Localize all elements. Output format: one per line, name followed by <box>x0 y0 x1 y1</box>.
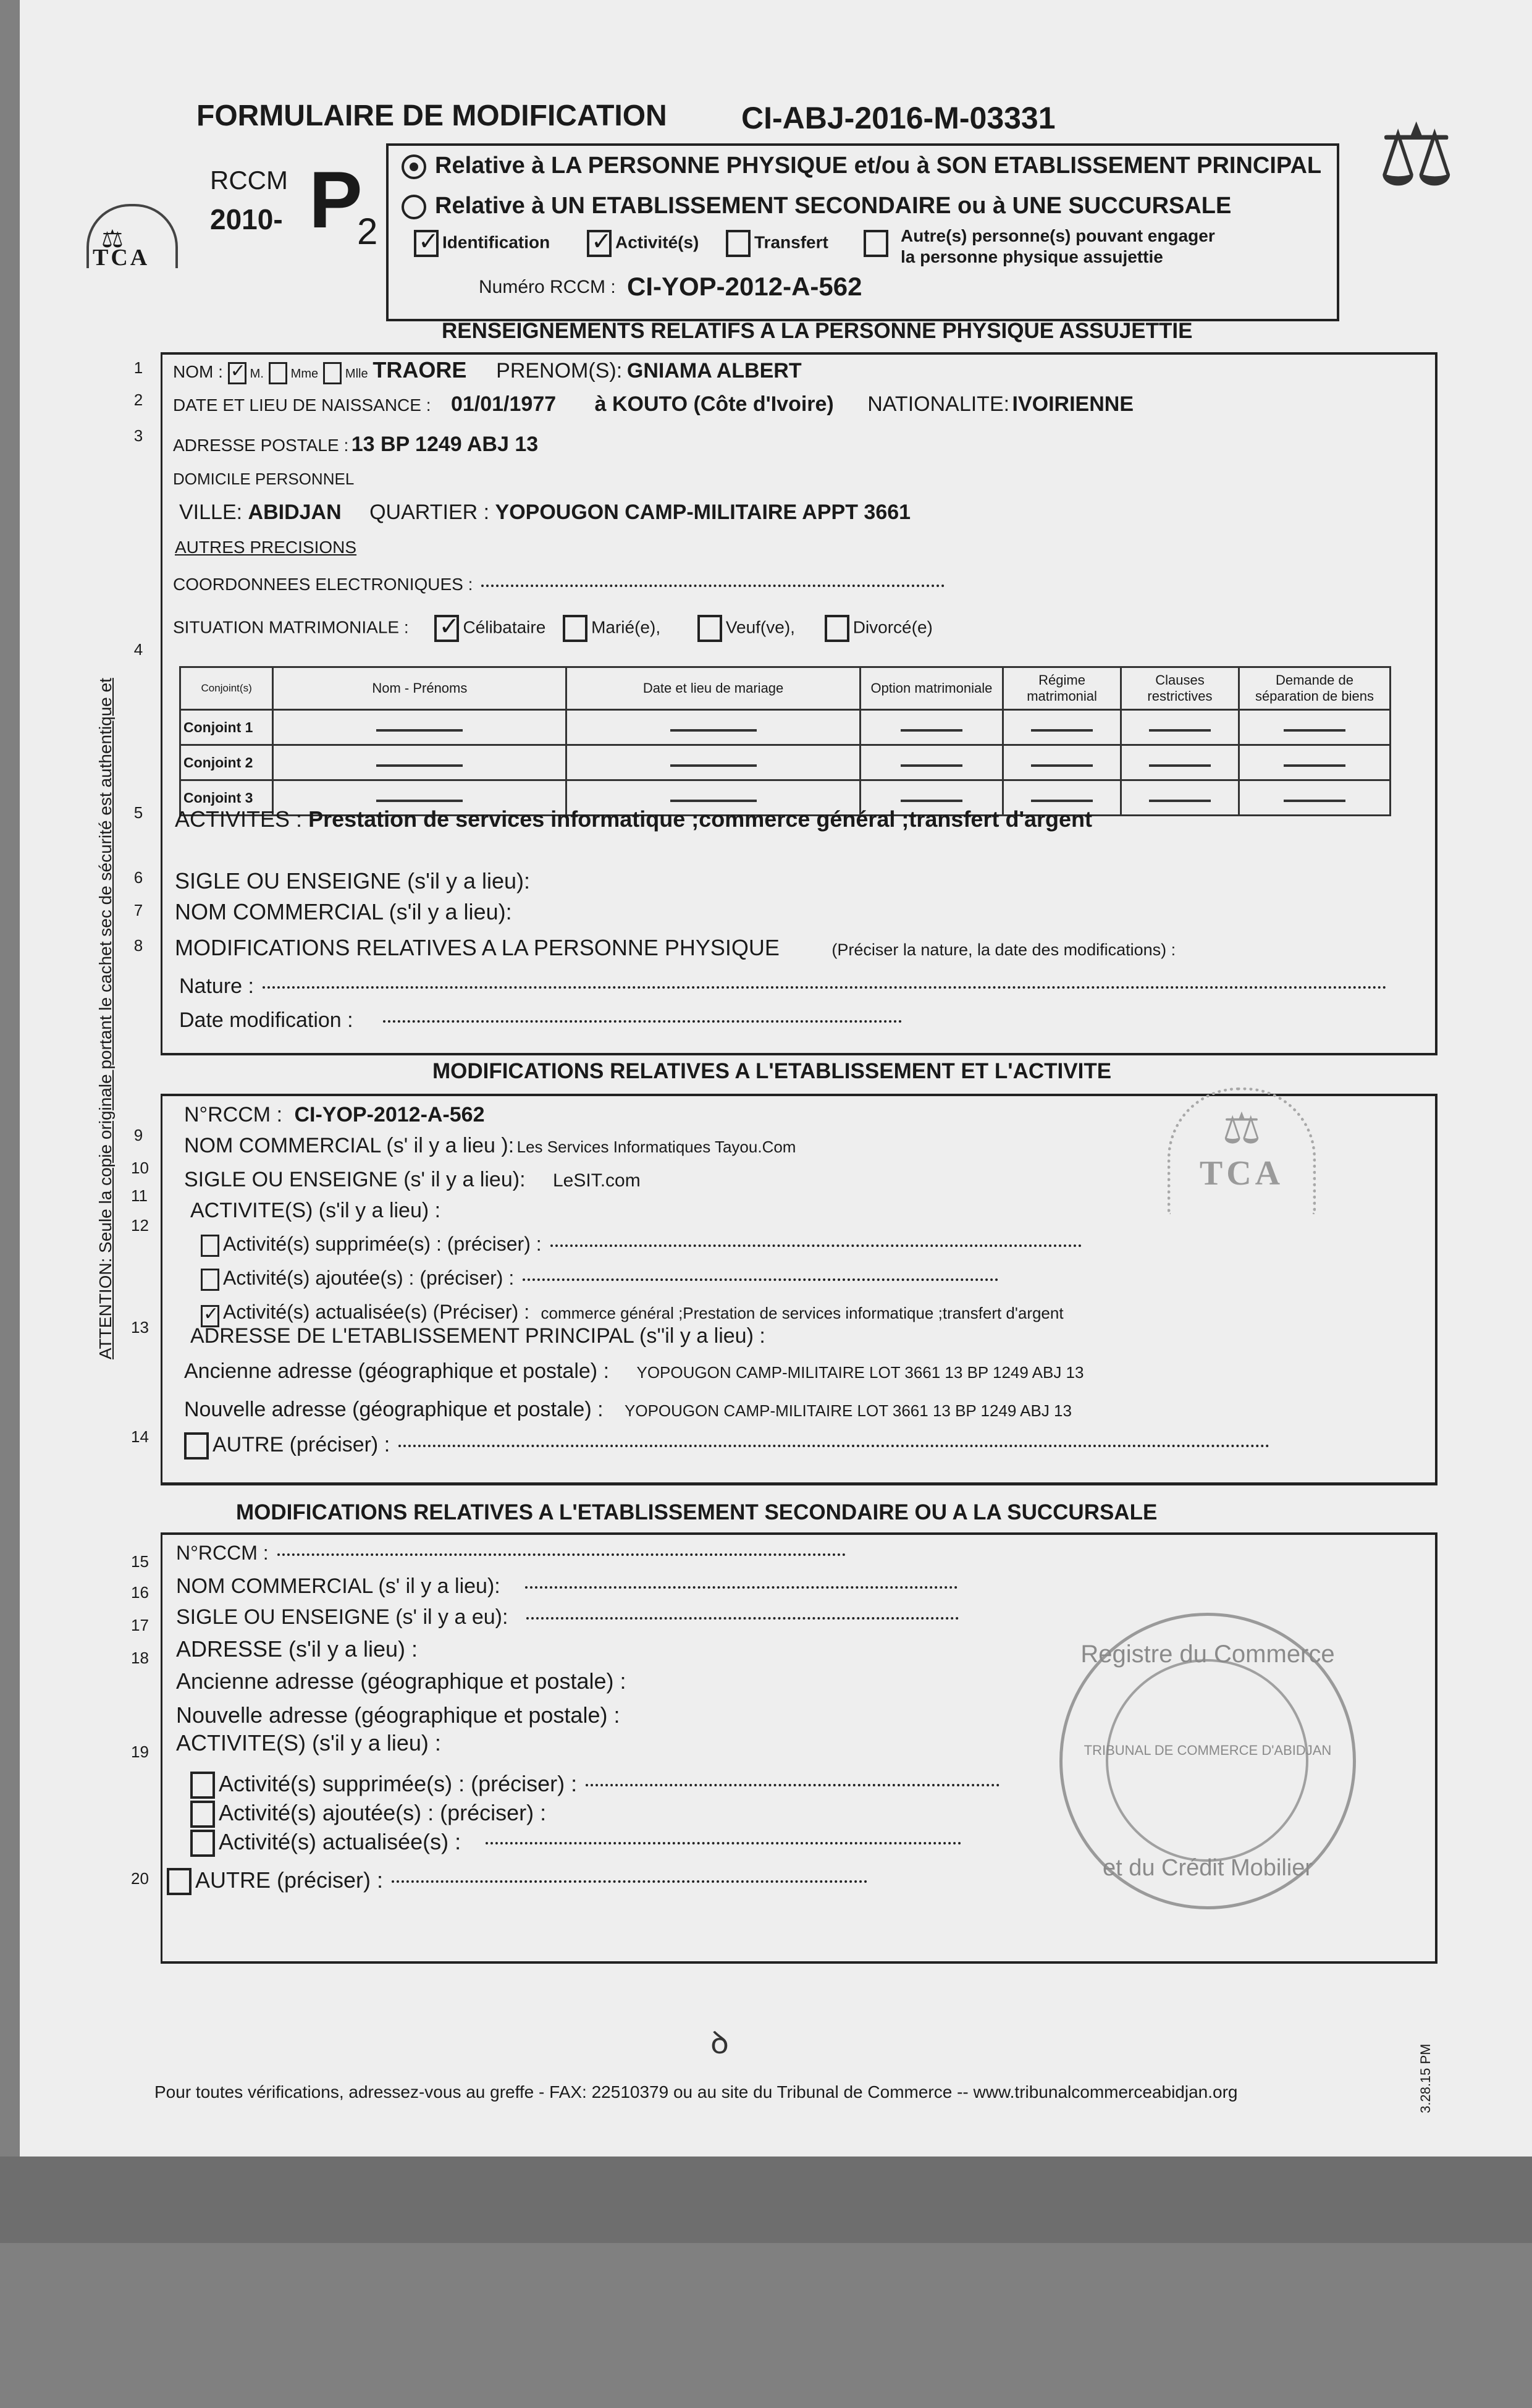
s3-activite-supprimee-field[interactable] <box>586 1784 1000 1786</box>
marie-check[interactable] <box>563 615 587 642</box>
checkbox-autres-personnes[interactable]: Autre(s) personne(s) pouvant engager la … <box>864 230 892 257</box>
activite-ajoutee-check[interactable] <box>201 1269 219 1291</box>
line-number: 18 <box>131 1649 146 1668</box>
line-number: 17 <box>131 1616 146 1635</box>
autres-personnes-check[interactable] <box>864 230 888 257</box>
nature-row: Nature : <box>179 974 1387 999</box>
line-number: 5 <box>131 803 146 822</box>
rccm-number-label: Numéro RCCM : <box>479 277 616 298</box>
side-attention-note: ATTENTION: Seule la copie originale port… <box>96 678 116 1359</box>
activites-check[interactable] <box>587 230 612 257</box>
nom-commercial-label: NOM COMMERCIAL (s'il y a lieu): <box>175 899 512 925</box>
activite-ajoutee-field[interactable] <box>523 1278 998 1281</box>
rccm-number: CI-YOP-2012-A-562 <box>627 272 862 302</box>
line-number: 15 <box>131 1552 146 1571</box>
civility-mlle-check[interactable] <box>323 362 342 384</box>
s3-activite-ajoutee[interactable]: Activité(s) ajoutée(s) : (préciser) : <box>190 1800 546 1828</box>
radio-secondaire[interactable] <box>402 195 426 219</box>
activites-row: ACTIVITES : Prestation de services infor… <box>175 806 1092 832</box>
line-number: 16 <box>131 1583 146 1602</box>
modif-row: MODIFICATIONS RELATIVES A LA PERSONNE PH… <box>175 935 1176 961</box>
sigle-label: SIGLE OU ENSEIGNE (s'il y a lieu): <box>175 868 530 894</box>
s3-nouvelle-label: Nouvelle adresse (géographique et postal… <box>176 1702 620 1728</box>
identification-check[interactable] <box>414 230 439 257</box>
form-code: P <box>309 153 363 246</box>
line-number: 12 <box>131 1216 146 1235</box>
civility-mme-check[interactable] <box>269 362 287 384</box>
line-number: 19 <box>131 1743 146 1762</box>
s2-ancienne-adresse-row: Ancienne adresse (géographique et postal… <box>184 1359 1084 1384</box>
conjoint-table-header: Conjoint(s) Nom - Prénoms Date et lieu d… <box>180 667 1391 710</box>
print-timestamp: 3.28.15 PM <box>1418 2043 1434 2113</box>
checkbox-identification[interactable]: Identification <box>414 230 550 257</box>
s2-rccm-row: N°RCCM : CI-YOP-2012-A-562 <box>184 1103 485 1127</box>
s3-activite-actualisee-check[interactable] <box>190 1830 215 1857</box>
naissance-row: DATE ET LIEU DE NAISSANCE : 01/01/1977 à… <box>173 392 1134 416</box>
s2-nouvelle-adresse-row: Nouvelle adresse (géographique et postal… <box>184 1398 1072 1422</box>
ville-row: VILLE: ABIDJAN QUARTIER : YOPOUGON CAMP-… <box>179 501 911 525</box>
s3-adresse-label: ADRESSE (s'il y a lieu) : <box>176 1636 418 1662</box>
activite-supprimee-check[interactable] <box>201 1235 219 1257</box>
line-number: 8 <box>131 936 146 955</box>
scope-option-principal[interactable]: Relative à LA PERSONNE PHYSIQUE et/ou à … <box>402 153 1321 179</box>
radio-principal[interactable] <box>402 154 426 179</box>
line-number: 11 <box>131 1186 146 1206</box>
s3-rccm-field[interactable] <box>277 1553 846 1556</box>
s2-adresse-label: ADRESSE DE L'ETABLISSEMENT PRINCIPAL (s'… <box>190 1324 765 1348</box>
s3-activite-ajoutee-check[interactable] <box>190 1801 215 1828</box>
line-number: 3 <box>131 426 146 446</box>
coordonnees-row: COORDONNEES ELECTRONIQUES : <box>173 575 945 594</box>
line-number: 2 <box>131 391 146 410</box>
form-number: CI-ABJ-2016-M-03331 <box>741 100 1056 136</box>
line-number: 13 <box>131 1318 146 1337</box>
line-number: 6 <box>131 868 146 887</box>
activites-value: Prestation de services informatique ;com… <box>308 806 1092 832</box>
scanner-edge <box>0 2157 1532 2243</box>
prenoms-value: GNIAMA ALBERT <box>627 359 802 382</box>
s3-nom-commercial-row: NOM COMMERCIAL (s' il y a lieu): <box>176 1574 958 1599</box>
footer-text: Pour toutes vérifications, adressez-vous… <box>154 2082 1238 2102</box>
s3-autre-field[interactable] <box>392 1880 867 1883</box>
conjoint-table: Conjoint(s) Nom - Prénoms Date et lieu d… <box>179 666 1391 816</box>
adresse-row: ADRESSE POSTALE : 13 BP 1249 ABJ 13 <box>173 433 538 457</box>
autres-precisions-label: AUTRES PRECISIONS <box>175 538 356 557</box>
nom-row: NOM : M. Mme Mlle TRAORE PRENOM(S): GNIA… <box>173 357 802 384</box>
s3-sigle-field[interactable] <box>526 1617 959 1620</box>
line-number: 7 <box>131 901 146 920</box>
line-number: 14 <box>131 1427 146 1447</box>
celibataire-check[interactable] <box>434 615 459 642</box>
line-number: 4 <box>131 640 146 659</box>
tca-logo-text: TCA <box>93 244 149 271</box>
s3-activite-supprimee-check[interactable] <box>190 1772 215 1799</box>
form-code-sub: 2 <box>357 210 377 253</box>
s3-nom-commercial-field[interactable] <box>525 1586 958 1589</box>
lady-justice-icon: ⚖ <box>1378 105 1455 206</box>
s3-activite-actualisee-field[interactable] <box>486 1842 961 1844</box>
checkbox-transfert[interactable]: Transfert <box>726 230 828 257</box>
table-row: Conjoint 1 <box>180 710 1391 745</box>
tca-watermark: ⚖ TCA <box>1168 1088 1316 1214</box>
veuf-check[interactable] <box>697 615 722 642</box>
line-number: 20 <box>131 1869 146 1888</box>
scope-option-secondaire[interactable]: Relative à UN ETABLISSEMENT SECONDAIRE o… <box>402 193 1231 219</box>
s2-activite-supprimee[interactable]: Activité(s) supprimée(s) : (préciser) : <box>201 1233 1082 1257</box>
section3-title: MODIFICATIONS RELATIVES A L'ETABLISSEMEN… <box>236 1500 1157 1525</box>
s3-activite-actualisee[interactable]: Activité(s) actualisée(s) : <box>190 1829 961 1857</box>
s3-rccm-row: N°RCCM : <box>176 1542 846 1565</box>
s2-activite-actualisee[interactable]: Activité(s) actualisée(s) (Préciser) : c… <box>201 1301 1064 1327</box>
tribunal-stamp: Registre du Commerce TRIBUNAL DE COMMERC… <box>1059 1613 1356 1909</box>
line-number: 10 <box>131 1159 146 1178</box>
activite-supprimee-field[interactable] <box>550 1244 1082 1247</box>
nom-value: TRAORE <box>372 357 466 382</box>
form-title: FORMULAIRE DE MODIFICATION <box>196 99 667 133</box>
scales-icon: ⚖ <box>1171 1103 1313 1154</box>
nature-field[interactable] <box>263 986 1387 989</box>
rccm-label: RCCM <box>210 166 288 195</box>
date-modif-field[interactable] <box>383 1020 902 1023</box>
s3-activites-label: ACTIVITE(S) (s'il y a lieu) : <box>176 1730 441 1756</box>
divorce-check[interactable] <box>825 615 849 642</box>
s3-ancienne-label: Ancienne adresse (géographique et postal… <box>176 1668 626 1694</box>
s2-autre-row[interactable]: AUTRE (préciser) : <box>184 1432 1269 1460</box>
s3-activite-supprimee[interactable]: Activité(s) supprimée(s) : (préciser) : <box>190 1771 1000 1799</box>
section2-title: MODIFICATIONS RELATIVES A L'ETABLISSEMEN… <box>432 1059 1111 1084</box>
s2-activite-ajoutee[interactable]: Activité(s) ajoutée(s) : (préciser) : <box>201 1267 998 1291</box>
situation-row: SITUATION MATRIMONIALE : Célibataire Mar… <box>173 615 933 642</box>
table-row: Conjoint 2 <box>180 745 1391 780</box>
s2-sigle-row: SIGLE OU ENSEIGNE (s' il y a lieu): LeSI… <box>184 1168 641 1192</box>
transfert-check[interactable] <box>726 230 751 257</box>
signature-mark: ꝺ <box>710 2021 729 2063</box>
s3-autre-check[interactable] <box>167 1868 192 1895</box>
domicile-label: DOMICILE PERSONNEL <box>173 470 354 489</box>
checkbox-activites[interactable]: Activité(s) <box>587 230 699 257</box>
s2-autre-field[interactable] <box>398 1445 1269 1447</box>
s2-activites-label: ACTIVITE(S) (s'il y a lieu) : <box>190 1199 440 1223</box>
rccm-year: 2010- <box>210 203 283 236</box>
coordonnees-field[interactable] <box>481 585 945 587</box>
s2-autre-check[interactable] <box>184 1432 209 1460</box>
line-number: 1 <box>131 358 146 378</box>
section1-title: RENSEIGNEMENTS RELATIFS A LA PERSONNE PH… <box>442 319 1192 344</box>
s3-autre-row[interactable]: AUTRE (préciser) : <box>167 1867 867 1895</box>
s3-sigle-row: SIGLE OU ENSEIGNE (s' il y a eu): <box>176 1605 959 1629</box>
civility-m-check[interactable] <box>228 362 246 384</box>
s2-nom-commercial-row: NOM COMMERCIAL (s' il y a lieu ): Les Se… <box>184 1134 796 1158</box>
line-number: 9 <box>131 1126 146 1145</box>
date-modif-row: Date modification : <box>179 1008 902 1033</box>
